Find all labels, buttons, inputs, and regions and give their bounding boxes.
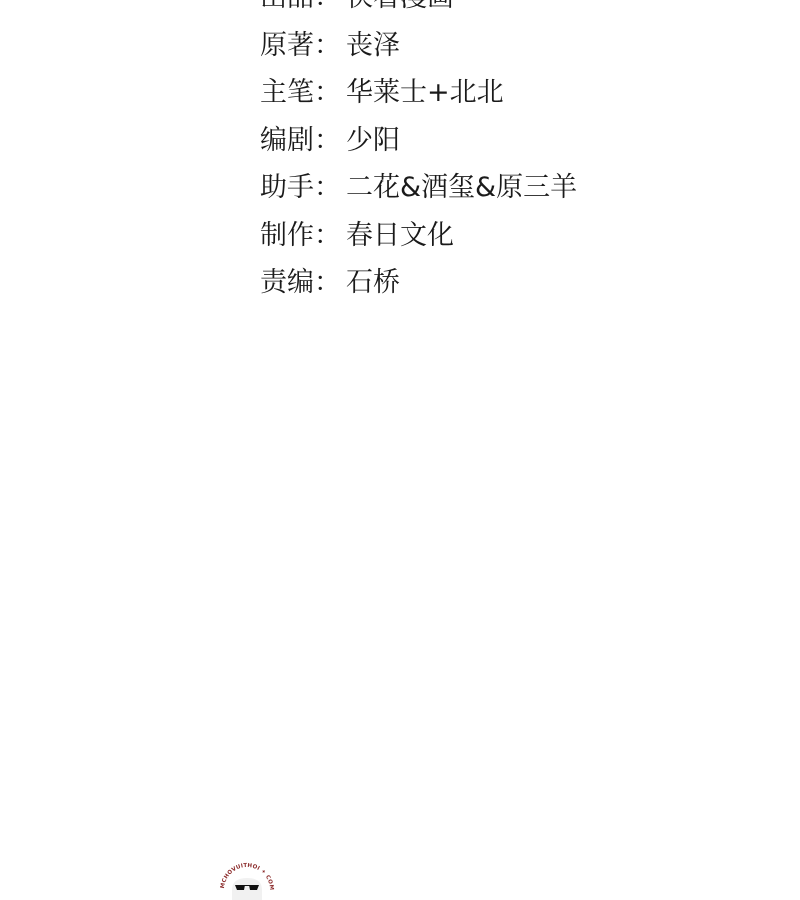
credits-list: 出品： 快看漫画 原著： 丧泽 主笔： 华莱士+北北 编剧： 少阳 助手： 二花… (260, 0, 577, 307)
credit-value: 华莱士+北北 (346, 69, 504, 117)
credit-value: 少阳 (346, 117, 400, 165)
credit-value: 丧泽 (346, 22, 400, 70)
credit-row-assistants: 助手： 二花&酒玺&原三羊 (260, 164, 577, 212)
credit-value: 春日文化 (346, 212, 454, 260)
credit-label: 责编： (260, 259, 346, 307)
credit-value: 石桥 (346, 259, 400, 307)
watermark-logo: LAMCHOVUITHOI ✦ COMIC (218, 860, 276, 900)
credit-label: 出品： (260, 0, 346, 22)
credit-label: 主笔： (260, 69, 346, 117)
credit-row-publisher: 出品： 快看漫画 (260, 0, 577, 22)
ghost-sunglasses-icon: LAMCHOVUITHOI ✦ COMIC (218, 860, 276, 900)
credit-label: 助手： (260, 164, 346, 212)
credit-label: 原著： (260, 22, 346, 70)
credit-row-original-author: 原著： 丧泽 (260, 22, 577, 70)
credit-row-editor: 责编： 石桥 (260, 259, 577, 307)
credit-value: 快看漫画 (346, 0, 454, 22)
credit-label: 编剧： (260, 117, 346, 165)
credit-label: 制作： (260, 212, 346, 260)
credit-value: 二花&酒玺&原三羊 (346, 164, 577, 212)
credit-row-lead-artist: 主笔： 华莱士+北北 (260, 69, 577, 117)
credit-row-production: 制作： 春日文化 (260, 212, 577, 260)
credit-row-scriptwriter: 编剧： 少阳 (260, 117, 577, 165)
